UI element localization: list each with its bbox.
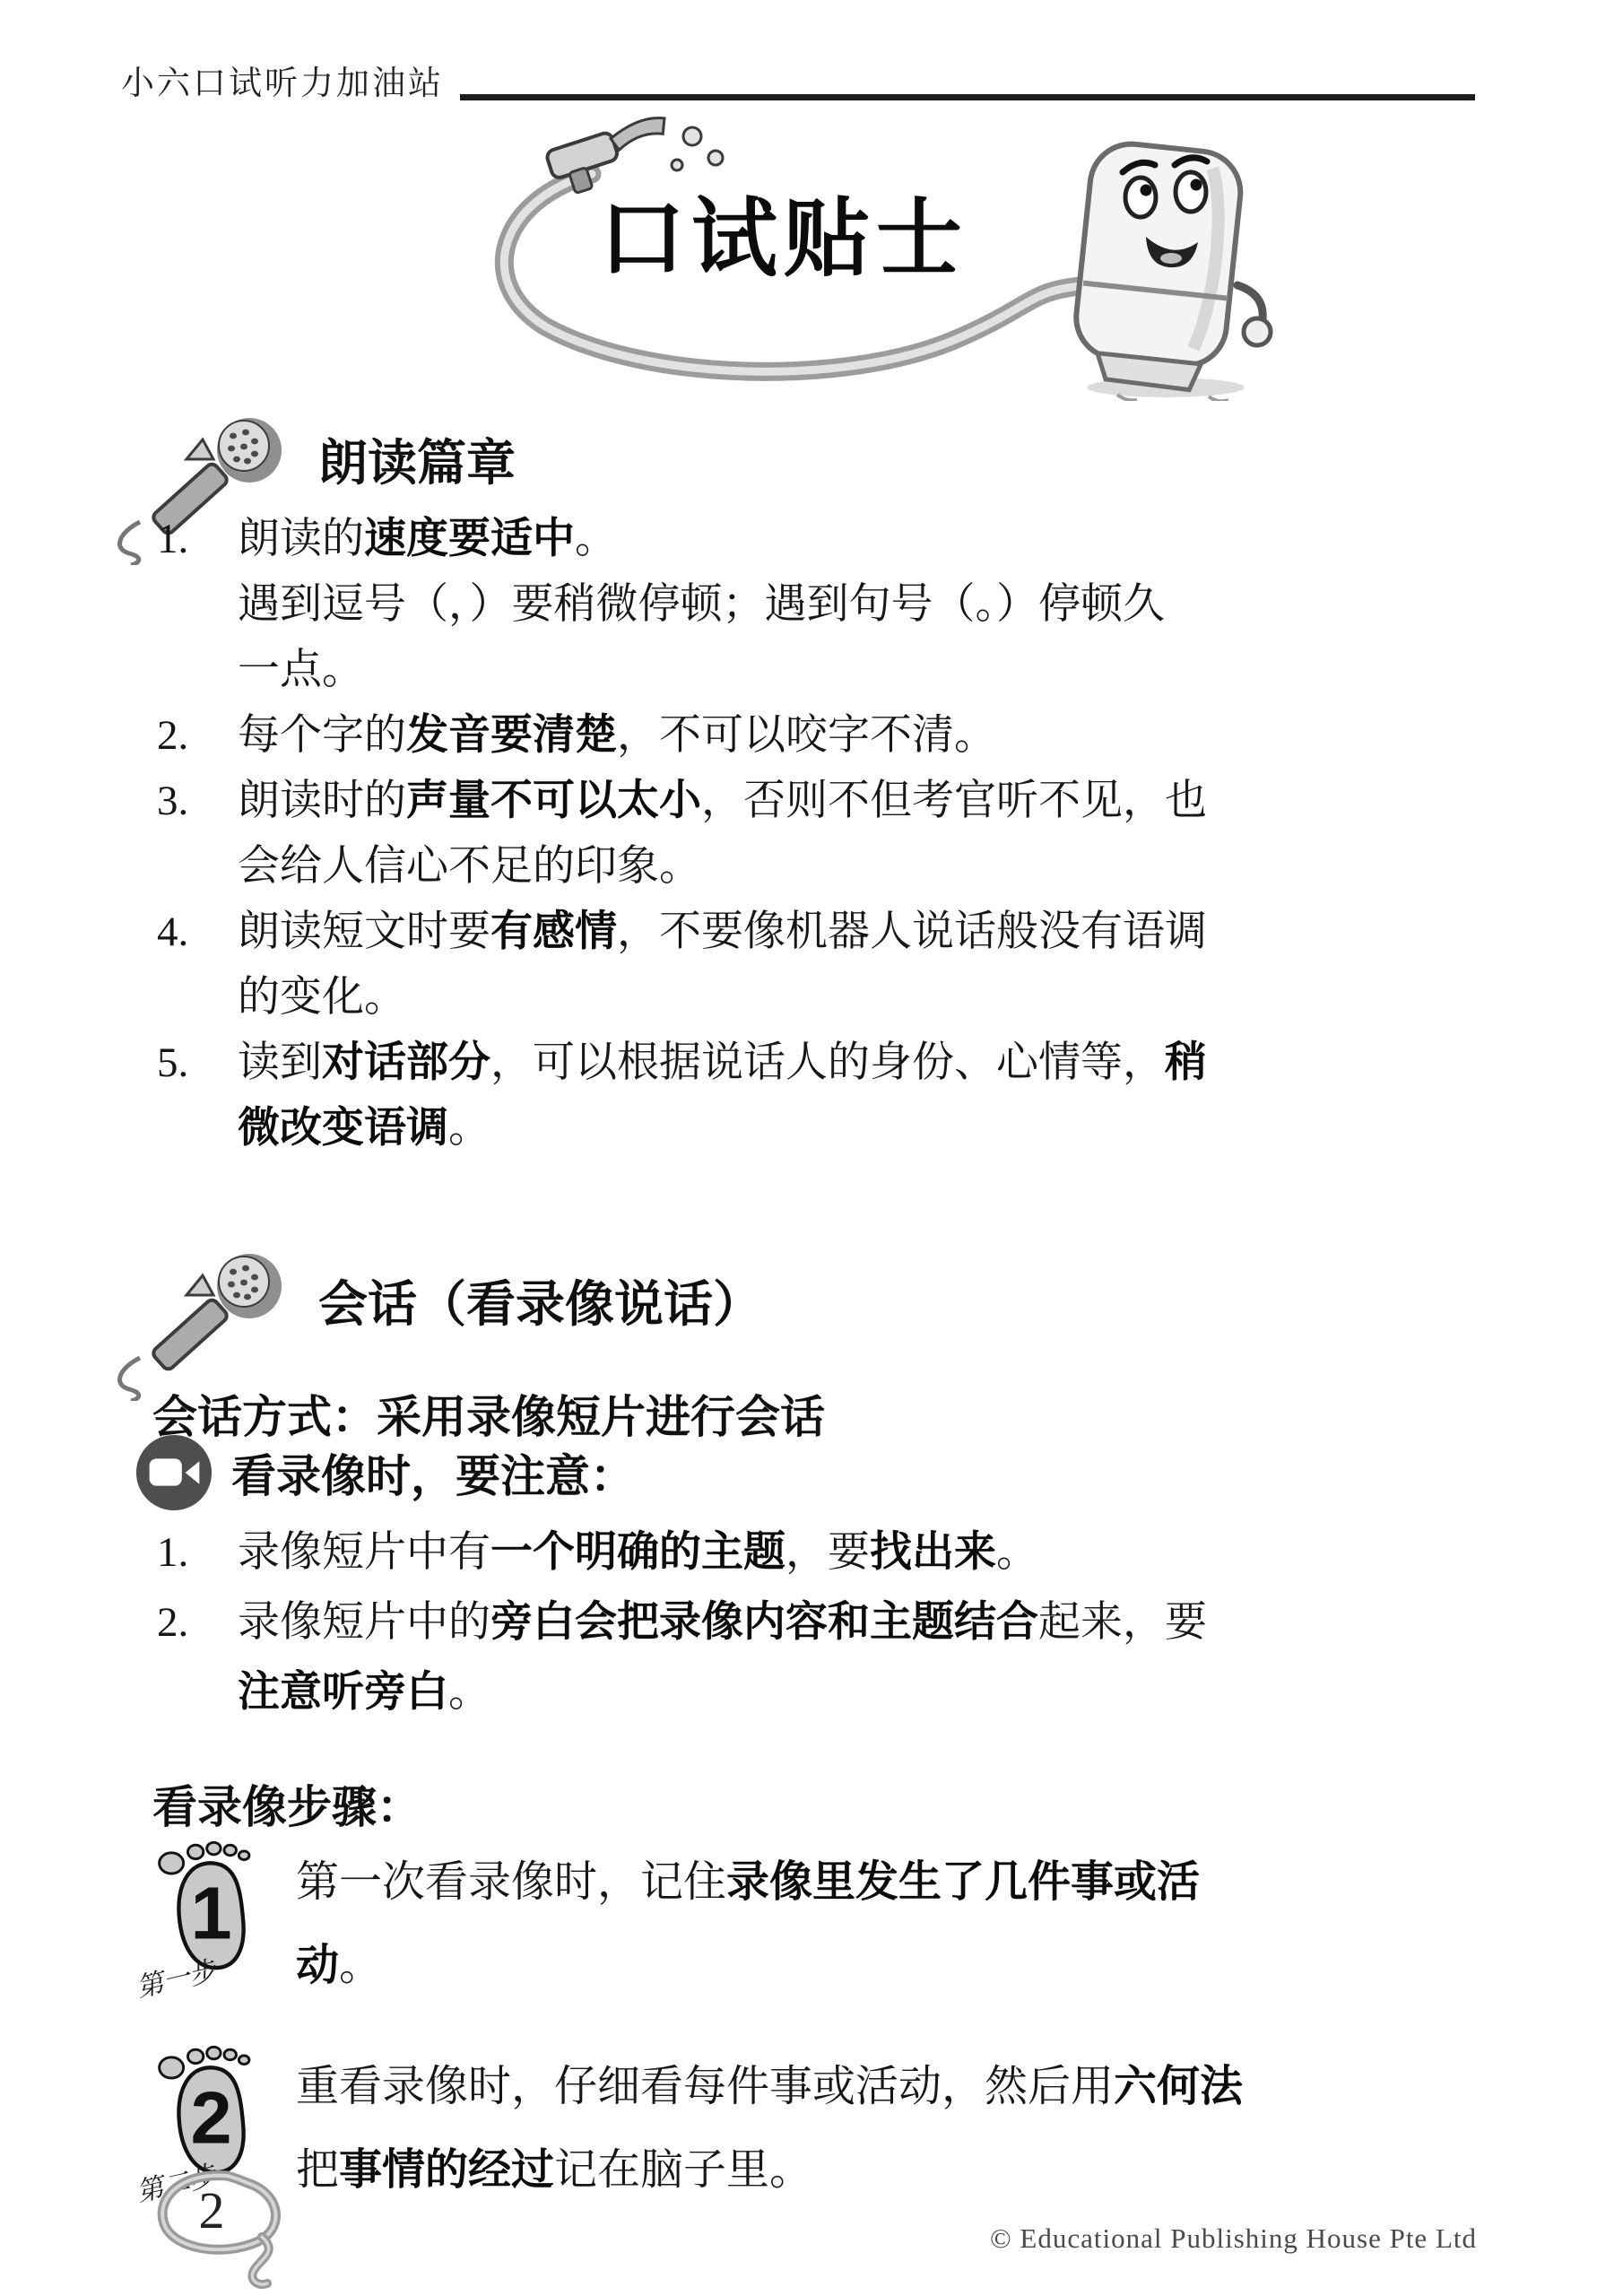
item-text-line: 朗读时的声量不可以太小，否则不但考官听不见，也: [238, 769, 1480, 834]
list-item: 2. 录像短片中的旁白会把录像内容和主题结合起来，要 注意听旁白。: [157, 1587, 1480, 1727]
header-title: 小六口试听力加油站: [121, 56, 444, 104]
video-camera-icon: [135, 1433, 213, 1512]
step-text-line: 第一次看录像时，记住录像里发生了几件事或活: [296, 1840, 1480, 1924]
step-item-2: 2 第二步 重看录像时，仔细看每件事或活动，然后用六何法 把事情的经过记在脑子里…: [142, 2045, 1480, 2212]
step-number: 1: [190, 1871, 231, 1954]
steps-heading: 看录像步骤：: [152, 1771, 421, 1836]
item-number: 5.: [157, 1031, 238, 1161]
list-item: 3. 朗读时的声量不可以太小，否则不但考官听不见，也 会给人信心不足的印象。: [157, 769, 1480, 900]
item-text-line: 朗读的速度要适中。: [238, 507, 1480, 572]
watch-note-text: 看录像时，要注意：: [231, 1440, 635, 1505]
item-text-line: 的变化。: [238, 965, 1480, 1031]
hose-loop-icon: 2: [142, 2160, 308, 2294]
item-text-line: 会给人信心不足的印象。: [238, 834, 1480, 900]
list-item: 2. 每个字的发音要清楚，不可以咬字不清。: [157, 703, 1480, 769]
item-number: 2.: [157, 703, 238, 769]
item-text-line: 每个字的发音要清楚，不可以咬字不清。: [238, 703, 1480, 769]
list-item: 4. 朗读短文时要有感情，不要像机器人说话般没有语调 的变化。: [157, 900, 1480, 1031]
item-text-line: 录像短片中有一个明确的主题，要找出来。: [238, 1518, 1480, 1587]
step-number: 2: [190, 2075, 231, 2159]
copyright-notice: © Educational Publishing House Pte Ltd: [990, 2222, 1477, 2255]
item-text-line: 朗读短文时要有感情，不要像机器人说话般没有语调: [238, 900, 1480, 965]
list-item: 1. 朗读的速度要适中。 遇到逗号（，）要稍微停顿；遇到句号（。）停顿久 一点。: [157, 507, 1480, 703]
microphone-icon: [104, 1239, 303, 1401]
step-item-1: 1 第一步 第一次看录像时，记住录像里发生了几件事或活 动。: [142, 1840, 1480, 2007]
item-number: 1.: [157, 507, 238, 703]
section-reading-heading: 朗读篇章: [318, 423, 516, 494]
title-banner: 口试贴士: [448, 100, 1363, 401]
step-text-line: 重看录像时，仔细看每件事或活动，然后用六何法: [296, 2045, 1480, 2128]
page-header: 小六口试听力加油站: [121, 56, 1475, 104]
header-rule: [460, 94, 1475, 100]
item-number: 2.: [157, 1587, 238, 1727]
item-text-line: 注意听旁白。: [238, 1657, 1480, 1727]
page-number-badge: 2: [142, 2160, 308, 2294]
step-text-line: 动。: [296, 1924, 1480, 2007]
section-conversation-heading: 会话（看录像说话）: [318, 1265, 762, 1335]
item-text-line: 微改变语调。: [238, 1096, 1480, 1161]
watch-note-line: 看录像时，要注意：: [135, 1433, 635, 1512]
item-number: 3.: [157, 769, 238, 900]
list-item: 1. 录像短片中有一个明确的主题，要找出来。: [157, 1518, 1480, 1587]
video-tips-list: 1. 录像短片中有一个明确的主题，要找出来。 2. 录像短片中的旁白会把录像内容…: [157, 1518, 1480, 1727]
page-title: 口试贴士: [599, 170, 968, 293]
step-text-line: 把事情的经过记在脑子里。: [296, 2128, 1480, 2212]
item-text-line: 一点。: [238, 638, 1480, 703]
item-text-line: 读到对话部分，可以根据说话人的身份、心情等，稍: [238, 1031, 1480, 1096]
item-number: 1.: [157, 1518, 238, 1587]
reading-tips-list: 1. 朗读的速度要适中。 遇到逗号（，）要稍微停顿；遇到句号（。）停顿久 一点。…: [157, 507, 1480, 1161]
book-page: 小六口试听力加油站: [0, 0, 1623, 2296]
page-number: 2: [199, 2181, 225, 2239]
item-number: 4.: [157, 900, 238, 1031]
item-text-line: 遇到逗号（，）要稍微停顿；遇到句号（。）停顿久: [238, 572, 1480, 638]
item-text-line: 录像短片中的旁白会把录像内容和主题结合起来，要: [238, 1587, 1480, 1657]
list-item: 5. 读到对话部分，可以根据说话人的身份、心情等，稍 微改变语调。: [157, 1031, 1480, 1161]
